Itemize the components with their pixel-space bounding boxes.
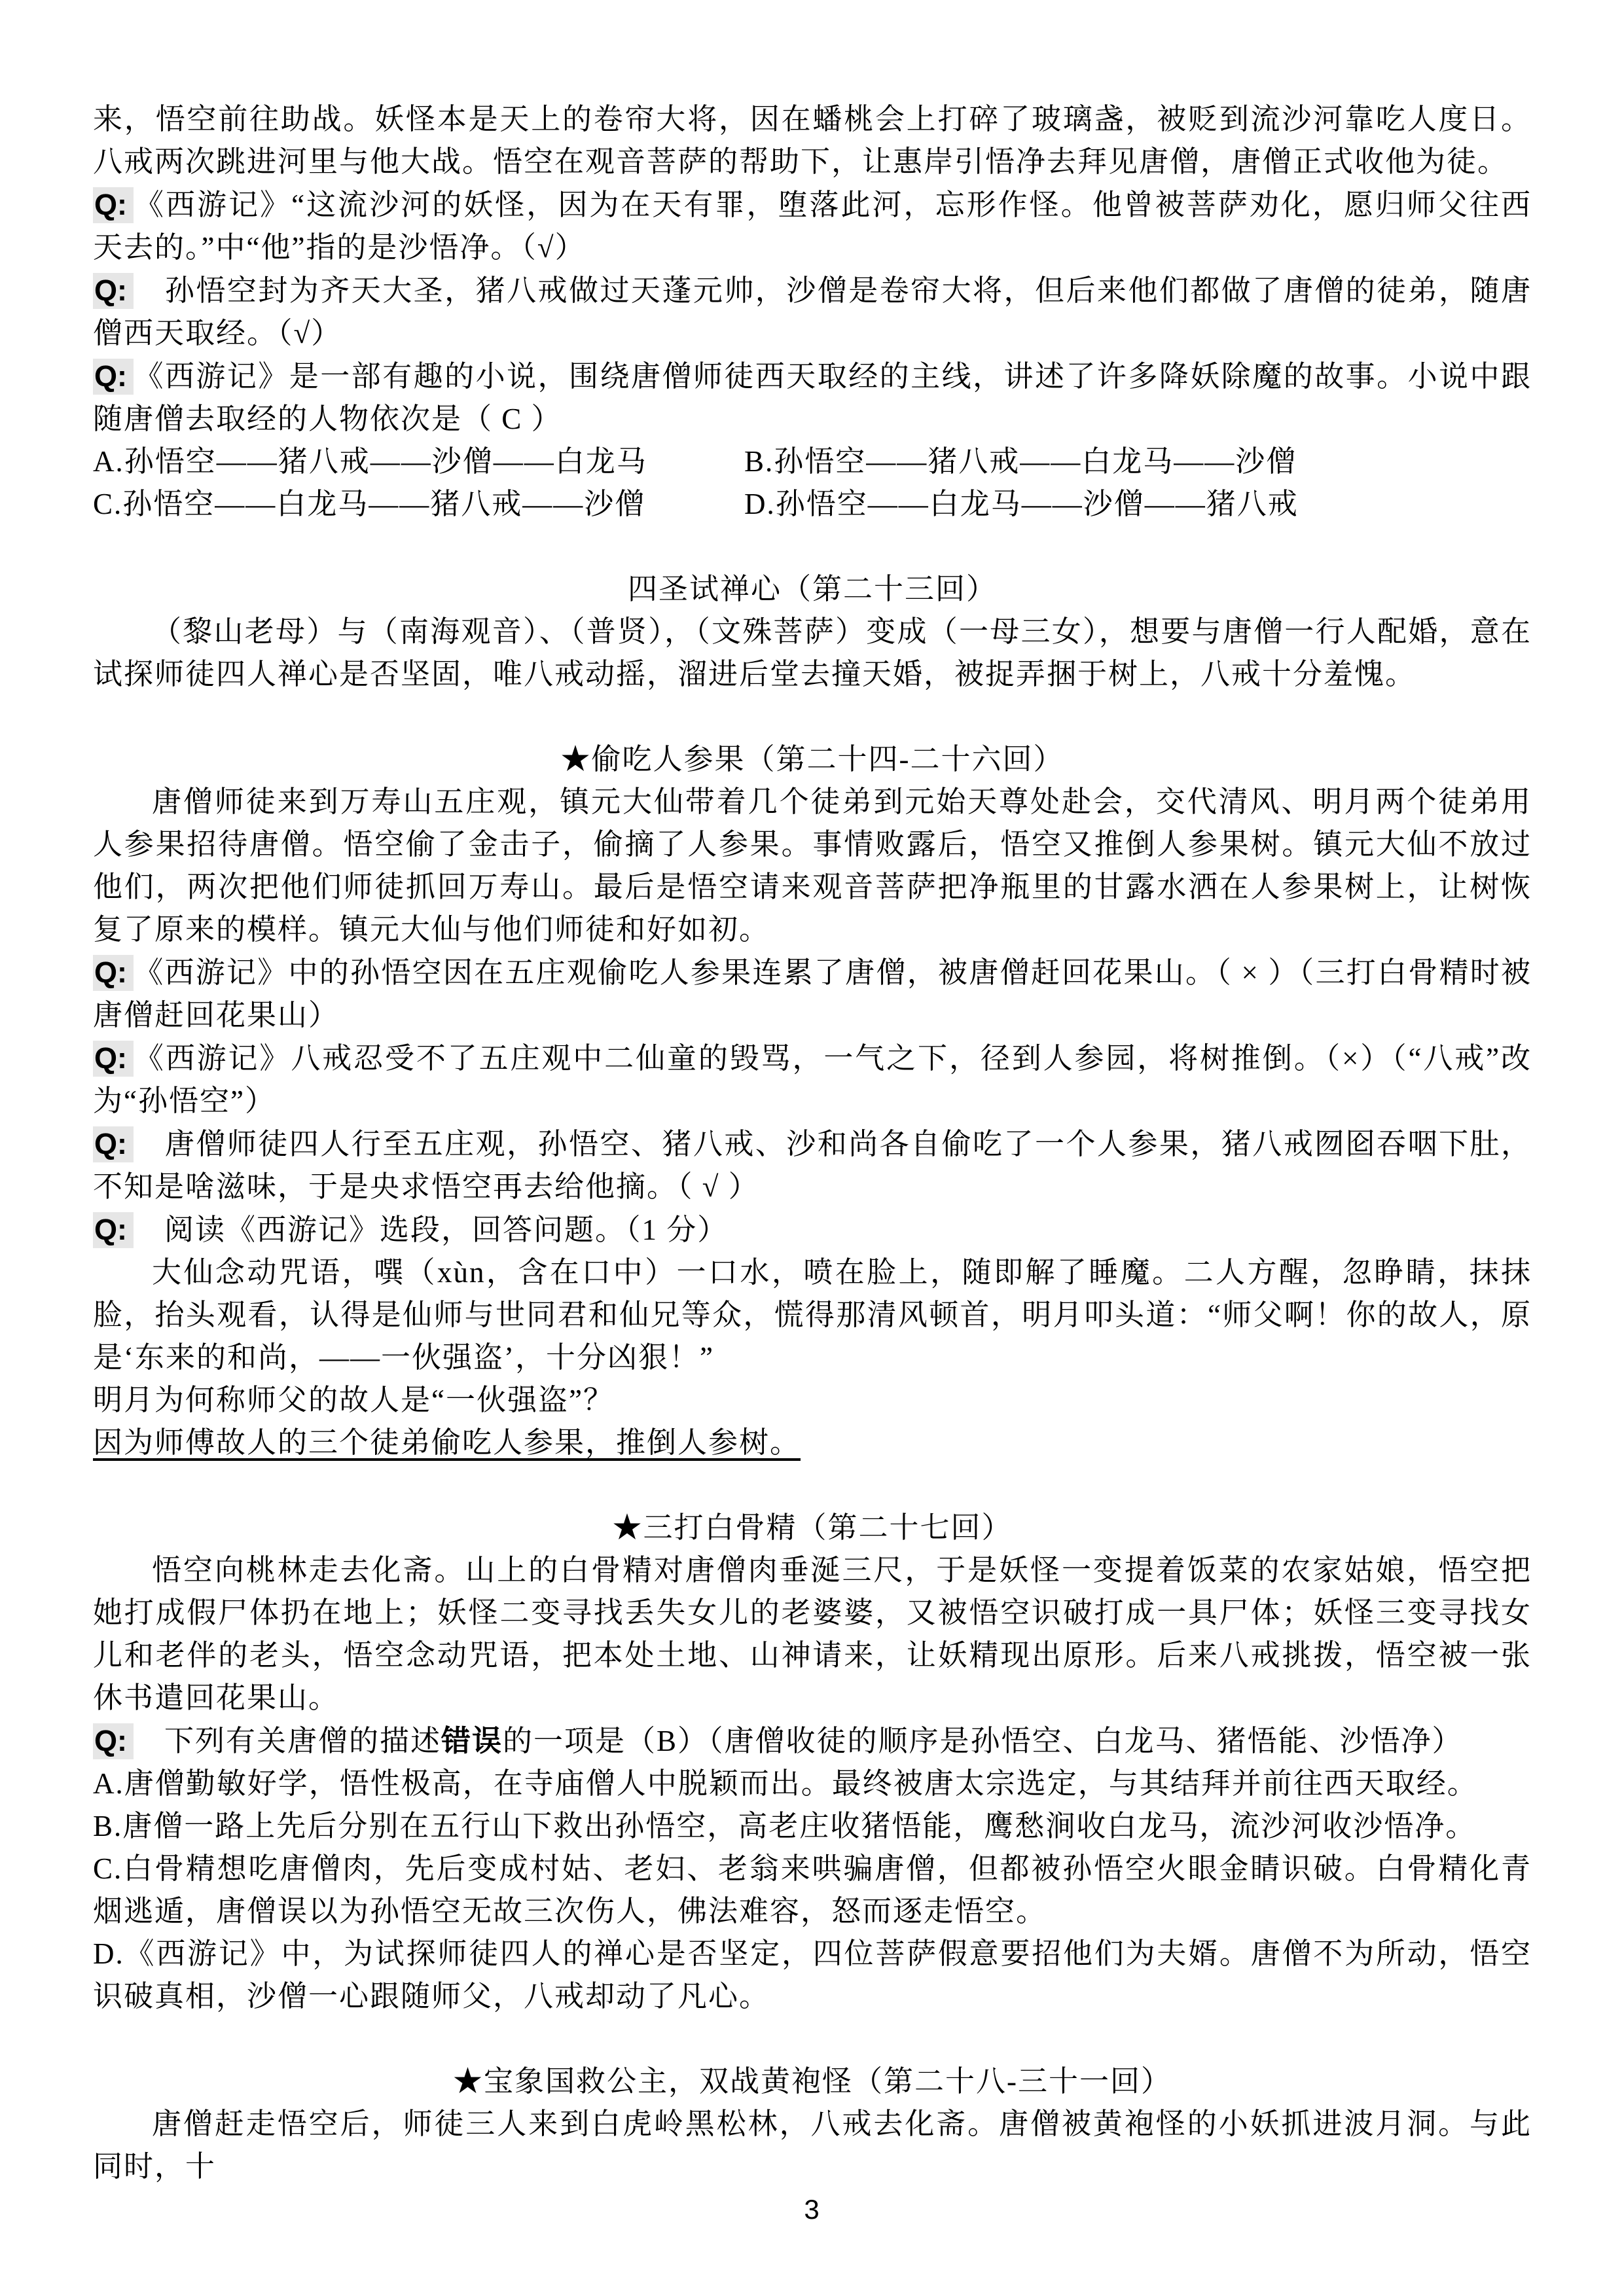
q-marker: Q: [93,1126,134,1162]
option-d: D.孙悟空——白龙马——沙僧——猪八戒 [744,488,1299,520]
question-text: 《西游记》是一部有趣的小说，围绕唐僧师徒西天取经的主线，讲述了许多降妖除魔的故事… [93,360,1532,435]
continuation-paragraph: 来，悟空前往助战。妖怪本是天上的卷帘大将，因在蟠桃会上打碎了玻璃盏，被贬到流沙河… [93,98,1532,183]
option-b: B.孙悟空——猪八戒——白龙马——沙僧 [744,445,1297,478]
q-marker: Q: [93,187,134,223]
question-text: 唐僧师徒四人行至五庄观，孙悟空、猪八戒、沙和尚各自偷吃了一个人参果，猪八戒囫囵吞… [93,1128,1532,1203]
q-marker: Q: [93,273,134,309]
question-text: 《西游记》“这流沙河的妖怪，因为在天有罪，堕落此河，忘形作怪。他曾被菩萨劝化，愿… [93,188,1532,264]
section-heading-sisheng: 四圣试禅心（第二十三回） [93,568,1532,611]
question-item-6: Q: 唐僧师徒四人行至五庄观，孙悟空、猪八戒、沙和尚各自偷吃了一个人参果，猪八戒… [93,1122,1532,1208]
answer-line: 因为师傅故人的三个徒弟偷吃人参果，推倒人参树。 [93,1422,1532,1464]
question-text: 的一项是（B）（唐僧收徒的顺序是孙悟空、白龙马、猪悟能、沙悟净） [503,1725,1463,1757]
option-a-paragraph: A.唐僧勤敏好学，悟性极高，在寺庙僧人中脱颖而出。最终被唐太宗选定，与其结拜并前… [93,1763,1532,1805]
q-marker: Q: [93,1041,134,1077]
blank-line [93,526,1532,568]
section-heading-baoxiangguo: ★宝象国救公主，双战黄袍怪（第二十八-三十一回） [93,2060,1532,2103]
question-item-2: Q: 孙悟空封为齐天大圣，猪八戒做过天蓬元帅，沙僧是卷帘大将，但后来他们都做了唐… [93,269,1532,355]
q-marker: Q: [93,359,134,395]
question-text: 阅读《西游记》选段，回答问题。（1 分） [134,1213,728,1246]
question-text: 《西游记》八戒忍受不了五庄观中二仙童的毁骂，一气之下，径到人参园，将树推倒。（×… [93,1042,1532,1117]
question-text: 《西游记》中的孙悟空因在五庄观偷吃人参果连累了唐僧，被唐僧赶回花果山。（ × ）… [93,956,1532,1031]
question-item-4: Q:《西游记》中的孙悟空因在五庄观偷吃人参果连累了唐僧，被唐僧赶回花果山。（ ×… [93,951,1532,1037]
blank-line [93,696,1532,738]
question-item-7: Q: 阅读《西游记》选段，回答问题。（1 分） [93,1208,1532,1251]
question-text: 孙悟空封为齐天大圣，猪八戒做过天蓬元帅，沙僧是卷帘大将，但后来他们都做了唐僧的徒… [93,274,1532,350]
question-item-8: Q: 下列有关唐僧的描述错误的一项是（B）（唐僧收徒的顺序是孙悟空、白龙马、猪悟… [93,1719,1532,1763]
section-heading-renshenguo: ★偷吃人参果（第二十四-二十六回） [93,738,1532,781]
q-marker: Q: [93,1212,134,1248]
question-text-bold: 错误 [441,1725,503,1757]
page-number: 3 [93,2188,1532,2231]
option-row-ab: A.孙悟空——猪八戒——沙僧——白龙马B.孙悟空——猪八戒——白龙马——沙僧 [93,440,1532,483]
q-marker: Q: [93,1723,134,1759]
quote-paragraph: 大仙念动咒语，噀（xùn，含在口中）一口水，喷在脸上，随即解了睡魔。二人方醒，忽… [93,1251,1532,1379]
paragraph-sisheng: （黎山老母）与（南海观音）、（普贤），（文殊菩萨）变成（一母三女），想要与唐僧一… [93,611,1532,696]
option-a: A.孙悟空——猪八戒——沙僧——白龙马 [93,440,744,483]
paragraph-renshenguo: 唐僧师徒来到万寿山五庄观，镇元大仙带着几个徒弟到元始天尊处赴会，交代清风、明月两… [93,781,1532,951]
q-marker: Q: [93,955,134,991]
blank-line [93,2018,1532,2060]
sub-question-line: 明月为何称师父的故人是“一伙强盗”？ [93,1379,1532,1422]
option-d-paragraph: D.《西游记》中，为试探师徒四人的禅心是否坚定，四位菩萨假意要招他们为夫婿。唐僧… [93,1933,1532,2018]
option-b-paragraph: B.唐僧一路上先后分别在五行山下救出孙悟空，高老庄收猪悟能，鹰愁涧收白龙马，流沙… [93,1805,1532,1848]
underlined-answer: 因为师傅故人的三个徒弟偷吃人参果，推倒人参树。 [93,1426,801,1459]
option-row-cd: C.孙悟空——白龙马——猪八戒——沙僧D.孙悟空——白龙马——沙僧——猪八戒 [93,483,1532,526]
option-c-paragraph: C.白骨精想吃唐僧肉，先后变成村姑、老妇、老翁来哄骗唐僧，但都被孙悟空火眼金睛识… [93,1848,1532,1933]
option-c: C.孙悟空——白龙马——猪八戒——沙僧 [93,483,744,526]
blank-line [93,1464,1532,1507]
section-heading-baigujing: ★三打白骨精（第二十七回） [93,1507,1532,1549]
question-text: 下列有关唐僧的描述 [134,1725,441,1757]
question-item-5: Q:《西游记》八戒忍受不了五庄观中二仙童的毁骂，一气之下，径到人参园，将树推倒。… [93,1037,1532,1122]
paragraph-baoxiangguo: 唐僧赶走悟空后，师徒三人来到白虎岭黑松林，八戒去化斋。唐僧被黄袍怪的小妖抓进波月… [93,2103,1532,2188]
question-item-1: Q:《西游记》“这流沙河的妖怪，因为在天有罪，堕落此河，忘形作怪。他曾被菩萨劝化… [93,183,1532,269]
paragraph-baigujing: 悟空向桃林走去化斋。山上的白骨精对唐僧肉垂涎三尺，于是妖怪一变提着饭菜的农家姑娘… [93,1549,1532,1719]
question-item-3: Q:《西游记》是一部有趣的小说，围绕唐僧师徒西天取经的主线，讲述了许多降妖除魔的… [93,355,1532,440]
document-page: 来，悟空前往助战。妖怪本是天上的卷帘大将，因在蟠桃会上打碎了玻璃盏，被贬到流沙河… [0,0,1624,2296]
